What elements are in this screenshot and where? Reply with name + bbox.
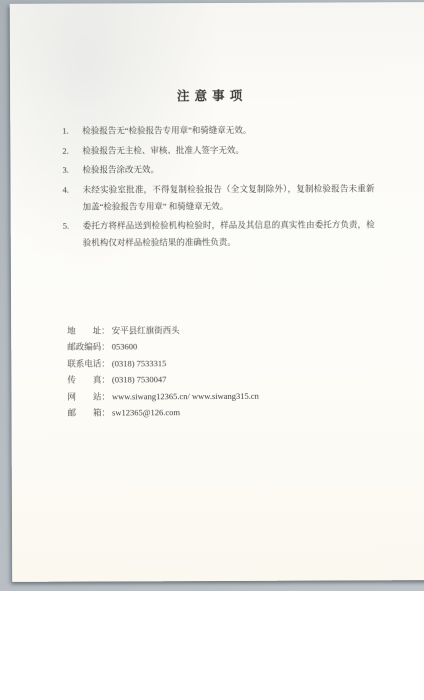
note-number: 2.: [62, 142, 82, 159]
note-item-1: 1. 检验报告无“检验报告专用章”和骑缝章无效。: [62, 121, 378, 139]
contact-info-block: 地 址： 安平县红旗街西头 邮政编码： 053600 联系电话： (0318) …: [67, 322, 259, 421]
contact-row-address: 地 址： 安平县红旗街西头: [67, 322, 259, 339]
contact-label: 网 站：: [67, 388, 110, 405]
note-item-5: 5. 委托方将样品送到检验机构检验时，样品及其信息的真实性由委托方负责，检验机构…: [63, 216, 379, 251]
note-item-3: 3. 检验报告涂改无效。: [62, 160, 378, 178]
contact-row-phone: 联系电话： (0318) 7533315: [67, 355, 259, 372]
note-text: 检验报告无主检、审核、批准人签字无效。: [82, 141, 244, 159]
contact-row-postcode: 邮政编码： 053600: [67, 338, 259, 355]
contact-label: 邮政编码：: [67, 339, 110, 356]
contact-row-fax: 传 真： (0318) 7530047: [67, 371, 259, 388]
contact-row-email: 邮 箱： sw12365@126.com: [67, 404, 259, 421]
contact-value: (0318) 7533315: [110, 355, 167, 372]
paper-sheet: 注 意 事 项 1. 检验报告无“检验报告专用章”和骑缝章无效。 2. 检验报告…: [10, 2, 424, 582]
contact-label: 传 真：: [67, 372, 110, 389]
note-text: 委托方将样品送到检验机构检验时，样品及其信息的真实性由委托方负责，检验机构仅对样…: [83, 216, 375, 251]
contact-value: sw12365@126.com: [110, 404, 180, 421]
contact-value: 安平县红旗街西头: [110, 322, 180, 339]
document-content: 注 意 事 项 1. 检验报告无“检验报告专用章”和骑缝章无效。 2. 检验报告…: [10, 2, 424, 582]
note-text: 检验报告无“检验报告专用章”和骑缝章无效。: [82, 122, 251, 140]
note-text: 检验报告涂改无效。: [82, 161, 159, 178]
notes-list: 1. 检验报告无“检验报告专用章”和骑缝章无效。 2. 检验报告无主检、审核、批…: [62, 121, 379, 254]
contact-row-website: 网 站： www.siwang12365.cn/ www.siwang315.c…: [67, 387, 259, 404]
scanned-page: 注 意 事 项 1. 检验报告无“检验报告专用章”和骑缝章无效。 2. 检验报告…: [0, 0, 424, 700]
contact-label: 地 址：: [67, 322, 110, 339]
note-number: 3.: [62, 162, 82, 179]
note-text: 未经实验室批准，不得复制检验报告（全文复制除外），复制检验报告未重新加盖“检验报…: [83, 180, 375, 215]
note-number: 5.: [63, 218, 83, 235]
contact-value: 053600: [110, 339, 138, 356]
note-item-4: 4. 未经实验室批准，不得复制检验报告（全文复制除外），复制检验报告未重新加盖“…: [63, 180, 379, 215]
note-number: 4.: [63, 181, 83, 198]
note-item-2: 2. 检验报告无主检、审核、批准人签字无效。: [62, 141, 378, 159]
contact-label: 联系电话：: [67, 355, 110, 372]
contact-label: 邮 箱：: [67, 405, 110, 422]
contact-value: www.siwang12365.cn/ www.siwang315.cn: [110, 387, 259, 404]
note-number: 1.: [62, 123, 82, 140]
contact-value: (0318) 7530047: [110, 371, 167, 388]
page-title: 注 意 事 项: [10, 85, 410, 105]
